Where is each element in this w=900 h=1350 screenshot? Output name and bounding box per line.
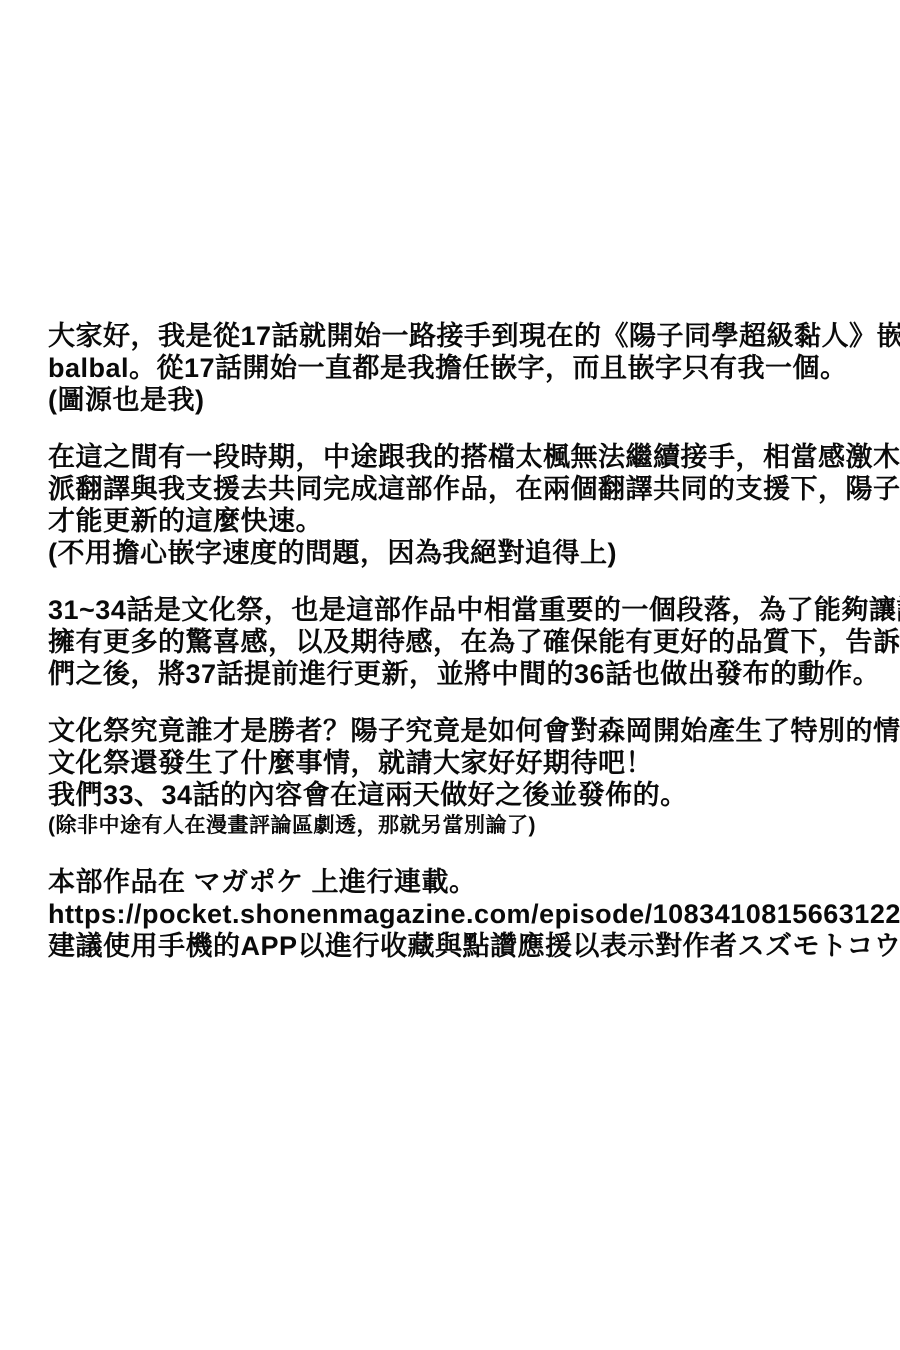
- note-line: 們之後，將37話提前進行更新，並將中間的36話也做出發布的動作。: [48, 658, 858, 690]
- note-line: 派翻譯與我支援去共同完成這部作品，在兩個翻譯共同的支援下，陽子同學: [48, 473, 858, 505]
- note-line: 擁有更多的驚喜感，以及期待感，在為了確保能有更好的品質下，告訴翻譯: [48, 626, 858, 658]
- translator-note-page: 大家好，我是從17話就開始一路接手到現在的《陽子同學超級黏人》嵌字的 balba…: [0, 0, 900, 1350]
- note-line: balbal。從17話開始一直都是我擔任嵌字，而且嵌字只有我一個。: [48, 352, 858, 384]
- note-paragraph-thanks: 在這之間有一段時期，中途跟我的搭檔太楓無法繼續接手，相當感激木力能 派翻譯與我支…: [48, 441, 858, 569]
- note-line: 在這之間有一段時期，中途跟我的搭檔太楓無法繼續接手，相當感激木力能: [48, 441, 858, 473]
- note-line: 文化祭還發生了什麼事情，就請大家好好期待吧！: [48, 747, 858, 779]
- note-line: (圖源也是我): [48, 384, 858, 416]
- note-line: 大家好，我是從17話就開始一路接手到現在的《陽子同學超級黏人》嵌字的: [48, 320, 858, 352]
- note-line: 才能更新的這麼快速。: [48, 505, 858, 537]
- note-paragraph-source: 本部作品在 マガポケ 上進行連載。 https://pocket.shonenm…: [48, 866, 858, 962]
- note-paragraph-intro: 大家好，我是從17話就開始一路接手到現在的《陽子同學超級黏人》嵌字的 balba…: [48, 320, 858, 416]
- note-line: 我們33、34話的內容會在這兩天做好之後並發佈的。: [48, 779, 858, 811]
- note-line: 本部作品在 マガポケ 上進行連載。: [48, 866, 858, 898]
- source-url-text: https://pocket.shonenmagazine.com/episod…: [48, 898, 858, 930]
- note-paragraph-schedule: 31~34話是文化祭，也是這部作品中相當重要的一個段落，為了能夠讓讀者 擁有更多…: [48, 594, 858, 690]
- note-line: (不用擔心嵌字速度的問題，因為我絕對追得上): [48, 537, 858, 569]
- translator-note-text-block: 大家好，我是從17話就開始一路接手到現在的《陽子同學超級黏人》嵌字的 balba…: [48, 320, 858, 987]
- note-line-spoiler-caveat: (除非中途有人在漫畫評論區劇透，那就另當別論了): [48, 811, 858, 841]
- note-line: 31~34話是文化祭，也是這部作品中相當重要的一個段落，為了能夠讓讀者: [48, 594, 858, 626]
- note-paragraph-teaser: 文化祭究竟誰才是勝者？陽子究竟是如何會對森岡開始產生了特別的情感， 文化祭還發生…: [48, 715, 858, 841]
- note-line: 文化祭究竟誰才是勝者？陽子究竟是如何會對森岡開始產生了特別的情感，: [48, 715, 858, 747]
- note-line-support-author: 建議使用手機的APP以進行收藏與點讚應援以表示對作者スズモトコウ的支持: [48, 930, 858, 962]
